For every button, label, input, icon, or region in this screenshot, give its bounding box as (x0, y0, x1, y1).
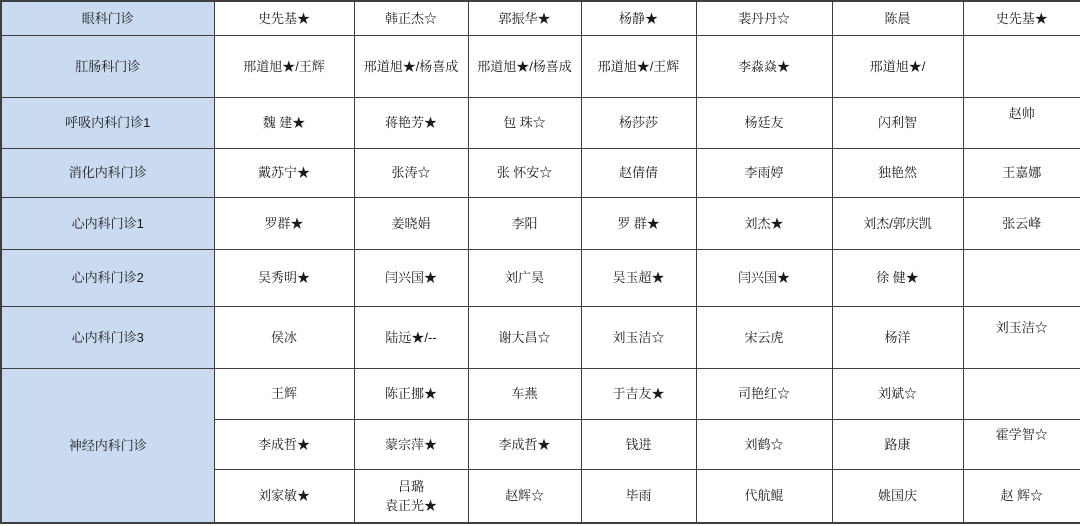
cell-text-line: 罗群★ (215, 214, 354, 233)
schedule-cell: 杨廷友 (696, 97, 832, 148)
cell-text-line: 刘杰★ (697, 214, 832, 233)
cell-text-line: 刘杰/郭庆凯 (833, 214, 963, 233)
cell-text-line: 肛肠科门诊 (2, 57, 214, 76)
schedule-cell: 谢大昌☆ (468, 306, 581, 368)
cell-text-line: 赵 辉☆ (964, 486, 1080, 505)
department-label: 呼吸内科门诊1 (1, 97, 214, 148)
cell-text-line: 眼科门诊 (2, 9, 214, 28)
schedule-cell: 陈晨 (832, 1, 963, 35)
cell-text-line: 李淼焱★ (697, 57, 832, 76)
cell-text-line: 邢道旭★/杨喜成 (469, 57, 581, 76)
schedule-cell: 刘广昊 (468, 249, 581, 306)
cell-text-line (964, 268, 1080, 287)
cell-text-line: 路康 (833, 435, 963, 454)
schedule-cell: 包 珠☆ (468, 97, 581, 148)
schedule-row: 心内科门诊1罗群★姜晓娟李阳罗 群★刘杰★刘杰/郭庆凯张云峰 (1, 197, 1080, 249)
schedule-cell: 霍学智☆ (963, 419, 1080, 469)
cell-text-line: 张云峰 (964, 214, 1080, 233)
schedule-cell: 吴玉超★ (581, 249, 696, 306)
cell-text-line: 杨廷友 (697, 113, 832, 132)
cell-text-line: 李阳 (469, 214, 581, 233)
schedule-cell: 史先基★ (214, 1, 354, 35)
cell-text-line: 神经内科门诊 (2, 436, 214, 455)
schedule-cell: 王嘉娜 (963, 148, 1080, 197)
schedule-cell: 李成哲★ (468, 419, 581, 469)
schedule-cell: 邢道旭★/ (832, 35, 963, 97)
cell-text-line: 闫兴国★ (697, 268, 832, 287)
schedule-cell: 杨洋 (832, 306, 963, 368)
cell-text-line: 史先基★ (215, 9, 354, 28)
cell-text-line: 杨静★ (582, 9, 696, 28)
cell-text-line: 心内科门诊1 (2, 214, 214, 233)
schedule-cell: 罗 群★ (581, 197, 696, 249)
schedule-cell: 闫兴国★ (696, 249, 832, 306)
schedule-cell: 邢道旭★/王辉 (581, 35, 696, 97)
schedule-cell: 独艳然 (832, 148, 963, 197)
schedule-cell: 刘斌☆ (832, 368, 963, 419)
schedule-cell (963, 35, 1080, 97)
schedule-cell: 刘玉洁☆ (581, 306, 696, 368)
cell-text-line: 张涛☆ (355, 163, 468, 182)
cell-text-line (964, 337, 1080, 356)
schedule-row: 消化内科门诊戴苏宁★张涛☆张 怀安☆赵倩倩李雨婷独艳然王嘉娜 (1, 148, 1080, 197)
cell-text-line: 赵倩倩 (582, 163, 696, 182)
cell-text-line: 史先基★ (964, 9, 1080, 28)
department-label: 心内科门诊1 (1, 197, 214, 249)
cell-text-line: 毕雨 (582, 486, 696, 505)
cell-text-line: 宋云虎 (697, 328, 832, 347)
cell-text-line: 闪利智 (833, 113, 963, 132)
cell-text-line: 刘鹤☆ (697, 435, 832, 454)
schedule-cell: 蒙宗萍★ (354, 419, 468, 469)
schedule-cell: 司艳红☆ (696, 368, 832, 419)
cell-text-line: 裴丹丹☆ (697, 9, 832, 28)
cell-text-line: 魏 建★ (215, 113, 354, 132)
cell-text-line: 李成哲★ (215, 435, 354, 454)
cell-text-line: 王嘉娜 (964, 163, 1080, 182)
schedule-cell: 姜晓娟 (354, 197, 468, 249)
schedule-cell: 张涛☆ (354, 148, 468, 197)
cell-text-line: 罗 群★ (582, 214, 696, 233)
cell-text-line: 蒙宗萍★ (355, 435, 468, 454)
duty-schedule-canvas: 眼科门诊史先基★韩正杰☆郭振华★杨静★裴丹丹☆陈晨史先基★肛肠科门诊邢道旭★/王… (0, 0, 1080, 526)
cell-text-line: 刘玉洁☆ (582, 328, 696, 347)
cell-text-line: 陈晨 (833, 9, 963, 28)
schedule-cell: 史先基★ (963, 1, 1080, 35)
schedule-cell: 陈正挪★ (354, 368, 468, 419)
schedule-cell: 赵 辉☆ (963, 469, 1080, 523)
cell-text-line: 韩正杰☆ (355, 9, 468, 28)
schedule-cell: 刘鹤☆ (696, 419, 832, 469)
schedule-cell: 刘杰★ (696, 197, 832, 249)
schedule-cell: 李雨婷 (696, 148, 832, 197)
schedule-cell: 闫兴国★ (354, 249, 468, 306)
cell-text-line: 陆远★/-- (355, 328, 468, 347)
schedule-cell: 闪利智 (832, 97, 963, 148)
schedule-cell: 郭振华★ (468, 1, 581, 35)
schedule-cell: 邢道旭★/杨喜成 (354, 35, 468, 97)
cell-text-line: 心内科门诊3 (2, 328, 214, 347)
cell-text-line: 姜晓娟 (355, 214, 468, 233)
schedule-body: 眼科门诊史先基★韩正杰☆郭振华★杨静★裴丹丹☆陈晨史先基★肛肠科门诊邢道旭★/王… (1, 1, 1080, 523)
cell-text-line (964, 384, 1080, 403)
schedule-row: 心内科门诊3侯冰陆远★/--谢大昌☆刘玉洁☆宋云虎杨洋刘玉洁☆ (1, 306, 1080, 368)
schedule-row: 肛肠科门诊邢道旭★/王辉邢道旭★/杨喜成邢道旭★/杨喜成邢道旭★/王辉李淼焱★邢… (1, 35, 1080, 97)
cell-text-line: 司艳红☆ (697, 384, 832, 403)
schedule-cell: 张 怀安☆ (468, 148, 581, 197)
schedule-cell: 刘杰/郭庆凯 (832, 197, 963, 249)
schedule-cell: 车燕 (468, 368, 581, 419)
cell-text-line: 包 珠☆ (469, 113, 581, 132)
schedule-cell: 钱进 (581, 419, 696, 469)
cell-text-line: 徐 健★ (833, 268, 963, 287)
schedule-cell: 魏 建★ (214, 97, 354, 148)
department-label: 心内科门诊2 (1, 249, 214, 306)
schedule-cell: 李成哲★ (214, 419, 354, 469)
cell-text-line: 邢道旭★/杨喜成 (355, 57, 468, 76)
cell-text-line: 袁正光★ (355, 496, 468, 515)
cell-text-line: 邢道旭★/王辉 (215, 57, 354, 76)
department-label: 神经内科门诊 (1, 368, 214, 523)
cell-text-line: 杨莎莎 (582, 113, 696, 132)
cell-text-line: 赵帅 (964, 104, 1080, 123)
schedule-cell: 姚国庆 (832, 469, 963, 523)
schedule-cell: 赵帅 (963, 97, 1080, 148)
cell-text-line: 于吉友★ (582, 384, 696, 403)
schedule-cell: 杨莎莎 (581, 97, 696, 148)
cell-text-line: 赵辉☆ (469, 486, 581, 505)
schedule-cell: 刘玉洁☆ (963, 306, 1080, 368)
cell-text-line: 吴秀明★ (215, 268, 354, 287)
cell-text-line: 李雨婷 (697, 163, 832, 182)
schedule-cell: 赵辉☆ (468, 469, 581, 523)
cell-text-line: 代航鲲 (697, 486, 832, 505)
cell-text-line: 戴苏宁★ (215, 163, 354, 182)
schedule-cell (963, 249, 1080, 306)
schedule-cell: 赵倩倩 (581, 148, 696, 197)
cell-text-line: 刘斌☆ (833, 384, 963, 403)
cell-text-line: 心内科门诊2 (2, 268, 214, 287)
schedule-cell: 戴苏宁★ (214, 148, 354, 197)
schedule-cell: 裴丹丹☆ (696, 1, 832, 35)
schedule-cell: 毕雨 (581, 469, 696, 523)
cell-text-line: 独艳然 (833, 163, 963, 182)
schedule-row: 呼吸内科门诊1魏 建★蒋艳芳★包 珠☆杨莎莎杨廷友闪利智赵帅 (1, 97, 1080, 148)
cell-text-line: 邢道旭★/ (833, 57, 963, 76)
schedule-cell: 刘家敏★ (214, 469, 354, 523)
cell-text-line: 闫兴国★ (355, 268, 468, 287)
department-label: 眼科门诊 (1, 1, 214, 35)
schedule-cell: 徐 健★ (832, 249, 963, 306)
schedule-row: 眼科门诊史先基★韩正杰☆郭振华★杨静★裴丹丹☆陈晨史先基★ (1, 1, 1080, 35)
schedule-cell: 陆远★/-- (354, 306, 468, 368)
cell-text-line: 邢道旭★/王辉 (582, 57, 696, 76)
cell-text-line: 呼吸内科门诊1 (2, 113, 214, 132)
duty-schedule-table: 眼科门诊史先基★韩正杰☆郭振华★杨静★裴丹丹☆陈晨史先基★肛肠科门诊邢道旭★/王… (0, 0, 1080, 524)
schedule-cell: 吴秀明★ (214, 249, 354, 306)
schedule-row: 神经内科门诊王辉陈正挪★车燕于吉友★司艳红☆刘斌☆ (1, 368, 1080, 419)
schedule-cell: 邢道旭★/王辉 (214, 35, 354, 97)
cell-text-line (964, 57, 1080, 76)
cell-text-line: 郭振华★ (469, 9, 581, 28)
cell-text-line: 杨洋 (833, 328, 963, 347)
schedule-cell: 于吉友★ (581, 368, 696, 419)
cell-text-line: 王辉 (215, 384, 354, 403)
schedule-cell: 侯冰 (214, 306, 354, 368)
schedule-row: 心内科门诊2吴秀明★闫兴国★刘广昊吴玉超★闫兴国★徐 健★ (1, 249, 1080, 306)
schedule-cell: 路康 (832, 419, 963, 469)
cell-text-line: 吴玉超★ (582, 268, 696, 287)
schedule-cell: 张云峰 (963, 197, 1080, 249)
cell-text-line: 刘玉洁☆ (964, 318, 1080, 337)
schedule-cell: 蒋艳芳★ (354, 97, 468, 148)
cell-text-line: 陈正挪★ (355, 384, 468, 403)
cell-text-line: 霍学智☆ (964, 425, 1080, 444)
schedule-cell: 王辉 (214, 368, 354, 419)
schedule-cell: 代航鲲 (696, 469, 832, 523)
cell-text-line: 李成哲★ (469, 435, 581, 454)
schedule-cell: 罗群★ (214, 197, 354, 249)
schedule-cell (963, 368, 1080, 419)
cell-text-line: 消化内科门诊 (2, 163, 214, 182)
department-label: 心内科门诊3 (1, 306, 214, 368)
cell-text-line: 车燕 (469, 384, 581, 403)
schedule-cell: 韩正杰☆ (354, 1, 468, 35)
cell-text-line (964, 444, 1080, 463)
schedule-cell: 吕璐袁正光★ (354, 469, 468, 523)
department-label: 消化内科门诊 (1, 148, 214, 197)
cell-text-line: 张 怀安☆ (469, 163, 581, 182)
schedule-cell: 邢道旭★/杨喜成 (468, 35, 581, 97)
cell-text-line: 吕璐 (355, 477, 468, 496)
schedule-cell: 李阳 (468, 197, 581, 249)
cell-text-line: 姚国庆 (833, 486, 963, 505)
cell-text-line: 钱进 (582, 435, 696, 454)
cell-text-line: 谢大昌☆ (469, 328, 581, 347)
cell-text-line: 蒋艳芳★ (355, 113, 468, 132)
cell-text-line: 刘广昊 (469, 268, 581, 287)
schedule-cell: 杨静★ (581, 1, 696, 35)
schedule-cell: 宋云虎 (696, 306, 832, 368)
schedule-cell: 李淼焱★ (696, 35, 832, 97)
cell-text-line: 刘家敏★ (215, 486, 354, 505)
cell-text-line: 侯冰 (215, 328, 354, 347)
department-label: 肛肠科门诊 (1, 35, 214, 97)
cell-text-line (964, 123, 1080, 142)
